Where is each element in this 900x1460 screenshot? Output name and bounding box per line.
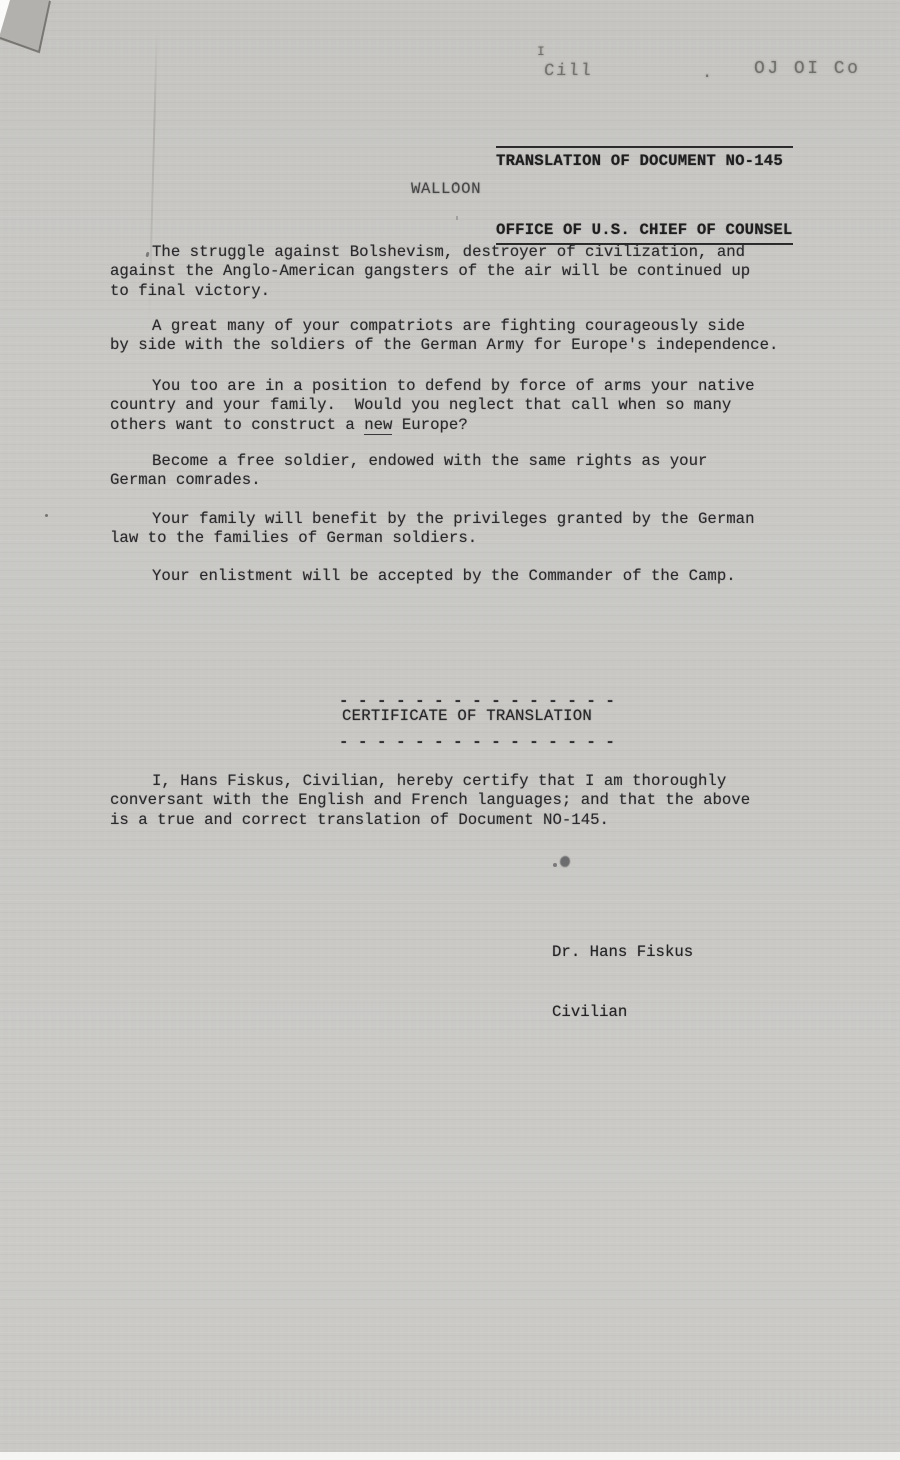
header-line-2: OFFICE OF U.S. CHIEF OF COUNSEL xyxy=(496,219,793,245)
text-line: German comrades. xyxy=(110,471,810,490)
paper-specks xyxy=(45,514,48,517)
text-segment: others want to construct a xyxy=(110,416,364,434)
text-segment: Europe? xyxy=(392,416,467,434)
underlined-word: new xyxy=(364,416,392,435)
certificate-title: CERTIFICATE OF TRANSLATION xyxy=(342,707,592,725)
text-line: by side with the soldiers of the German … xyxy=(110,336,810,355)
ink-blot xyxy=(553,863,557,867)
faint-pencil-tick: I xyxy=(537,44,545,59)
paragraph-1: The struggle against Bolshevism, destroy… xyxy=(110,243,810,301)
signatory-role: Civilian xyxy=(552,1002,693,1022)
ink-blot xyxy=(560,856,570,867)
signatory-name: Dr. Hans Fiskus xyxy=(552,942,693,962)
folded-corner xyxy=(0,0,72,64)
text-line: A great many of your compatriots are fig… xyxy=(110,317,810,336)
text-line: I, Hans Fiskus, Civilian, hereby certify… xyxy=(110,772,810,791)
text-line: You too are in a position to defend by f… xyxy=(110,377,810,396)
paragraph-3: You too are in a position to defend by f… xyxy=(110,377,810,435)
text-line: against the Anglo-American gangsters of … xyxy=(110,262,810,281)
text-line: Become a free soldier, endowed with the … xyxy=(110,452,810,471)
scan-edge xyxy=(0,1452,900,1460)
text-line: The struggle against Bolshevism, destroy… xyxy=(110,243,810,262)
text-line: to final victory. xyxy=(110,282,810,301)
faint-carbon-text-left: Cill xyxy=(543,62,593,81)
text-line: country and your family. Would you negle… xyxy=(110,396,810,415)
paragraph-5: Your family will benefit by the privileg… xyxy=(110,510,810,549)
signature-block: Dr. Hans Fiskus Civilian xyxy=(552,902,693,1062)
text-line: is a true and correct translation of Doc… xyxy=(110,811,810,830)
dashed-rule-bottom: - - - - - - - - - - - - - - - xyxy=(339,733,615,751)
text-line: others want to construct a new Europe? xyxy=(110,416,810,435)
header-line-1: TRANSLATION OF DOCUMENT NO-145 xyxy=(496,146,793,173)
stray-dot xyxy=(456,216,458,220)
scanned-document-page: I Cill . OJ OI Co TRANSLATION OF DOCUMEN… xyxy=(0,0,900,1460)
faint-carbon-text-right: OJ OI Co xyxy=(754,59,860,79)
paragraph-6: Your enlistment will be accepted by the … xyxy=(110,567,810,586)
text-line: Your enlistment will be accepted by the … xyxy=(110,567,810,586)
certificate-paragraph: I, Hans Fiskus, Civilian, hereby certify… xyxy=(110,772,810,830)
text-line: Your family will benefit by the privileg… xyxy=(110,510,810,529)
text-line: law to the families of German soldiers. xyxy=(110,529,810,548)
text-line: conversant with the English and French l… xyxy=(110,791,810,810)
paragraph-2: A great many of your compatriots are fig… xyxy=(110,317,810,356)
faint-carbon-dot: . xyxy=(702,64,712,83)
page-title: WALLOON xyxy=(411,180,481,198)
paragraph-4: Become a free soldier, endowed with the … xyxy=(110,452,810,491)
